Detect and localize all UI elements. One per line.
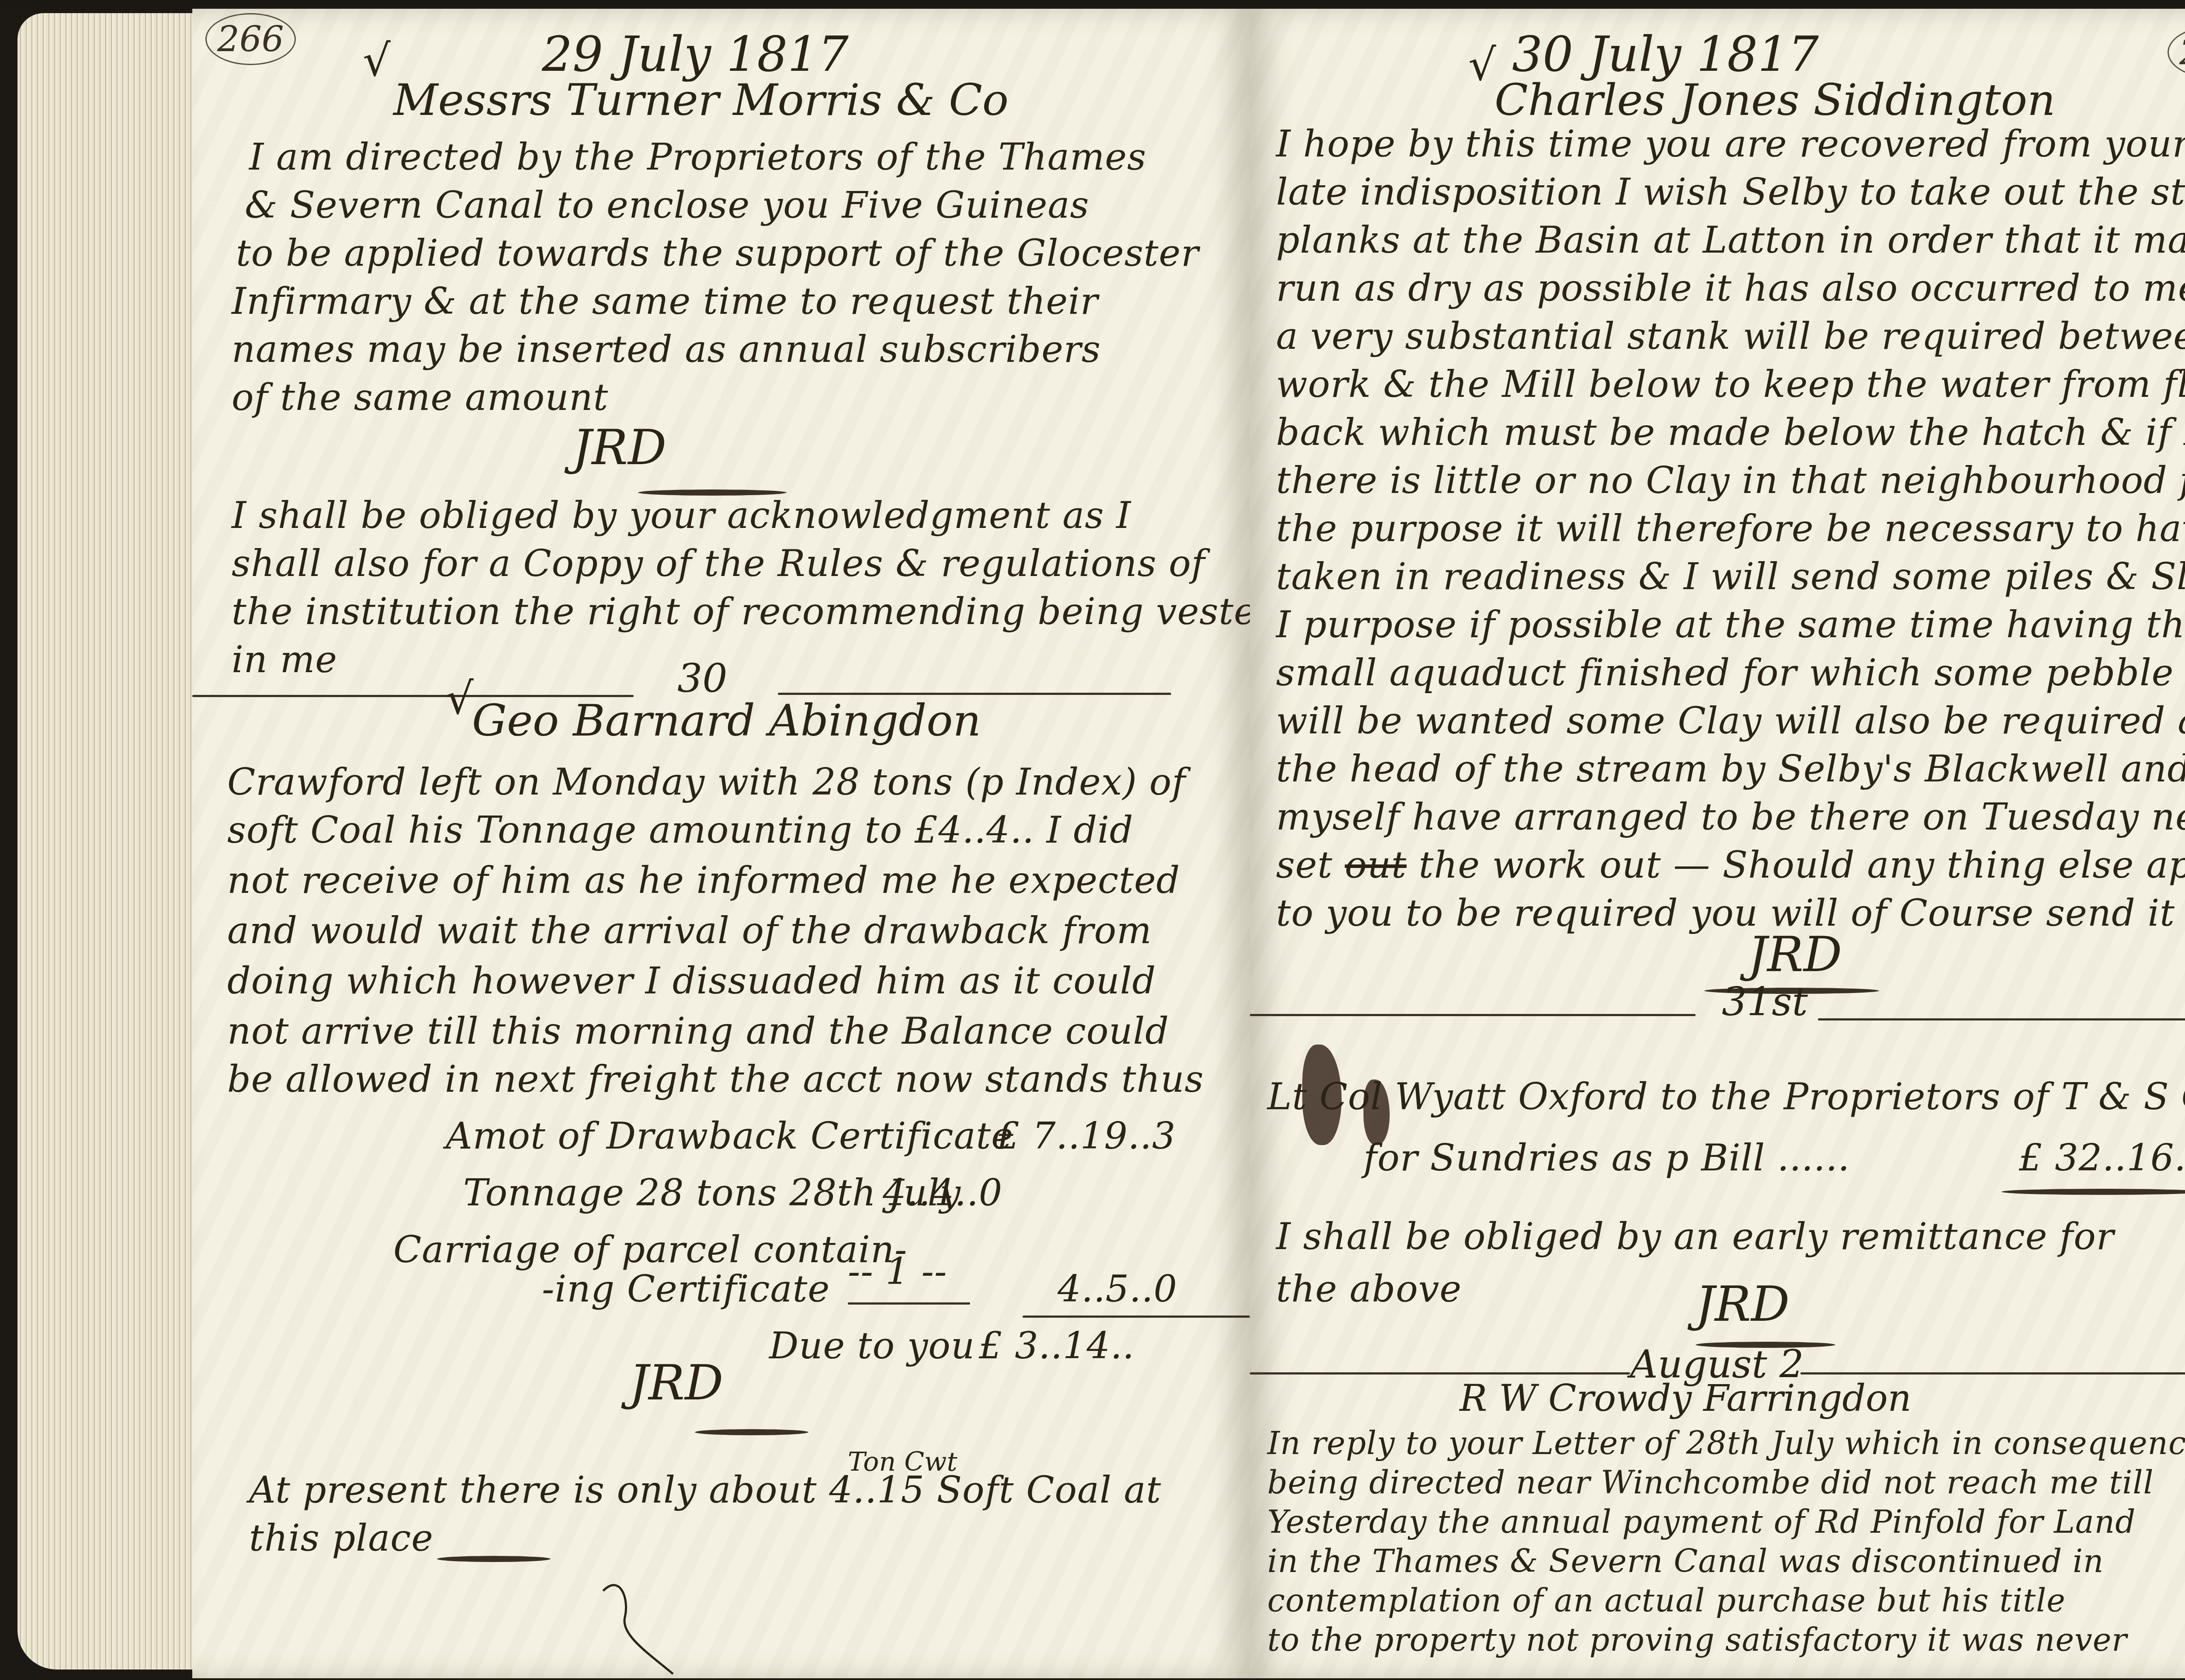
check-mark-icon: √ — [363, 35, 391, 86]
account-underline — [848, 1302, 970, 1305]
postscript-line: in me — [232, 638, 337, 681]
letter-line: to the property not proving satisfactory… — [1267, 1621, 2127, 1658]
signature: JRD — [629, 1355, 723, 1411]
account-label: -ing Certificate — [542, 1267, 830, 1310]
letter-line: to you to be required you will of Course… — [1276, 892, 2175, 934]
letter-line: I hope by this time you are recovered fr… — [1276, 122, 2185, 165]
entry-date: 30 July 1817 — [1512, 26, 1819, 82]
letter-line: work & the Mill below to keep the water … — [1276, 363, 2185, 406]
letter-line: of the same amount — [232, 376, 608, 419]
page-number: 266 — [205, 13, 296, 65]
account-total-rule — [1023, 1316, 1250, 1318]
letter-line: being directed near Winchcombe did not r… — [1267, 1464, 2154, 1501]
letter-line: doing which however I dissuaded him as i… — [227, 959, 1156, 1002]
line-prefix: set — [1276, 843, 1333, 886]
postscript-line: I shall be obliged by your acknowledgmen… — [232, 494, 1131, 537]
account-addressee-line: Lt Col Wyatt Oxford to the Proprietors o… — [1267, 1075, 2185, 1118]
letter-line: soft Coal his Tonnage amounting to £4..4… — [227, 809, 1134, 851]
account-value: -- 1 -- — [848, 1250, 947, 1293]
letter-line: planks at the Basin at Latton in order t… — [1276, 219, 2185, 261]
letter-line: & Severn Canal to enclose you Five Guine… — [245, 184, 1089, 226]
letter-line: small aquaduct finished for which some p… — [1276, 651, 2185, 694]
letter-line: contemplation of an actual purchase but … — [1267, 1582, 2066, 1619]
letter-line: not receive of him as he informed me he … — [227, 859, 1180, 902]
entry-addressee: Messrs Turner Morris & Co — [393, 74, 1009, 125]
letter-line: set out the work out — Should any thing … — [1276, 843, 2185, 886]
entry-divider — [1250, 1372, 1630, 1375]
account-value: 4..4..0 — [883, 1171, 1002, 1214]
signature: JRD — [572, 420, 666, 476]
account-label: Due to you — [769, 1324, 975, 1367]
letter-line: to be applied towards the support of the… — [236, 232, 1199, 274]
ink-flourish — [437, 1556, 551, 1562]
entry-date: 31st — [1722, 979, 1808, 1025]
letter-line: the head of the stream by Selby's Blackw… — [1276, 747, 2185, 790]
postscript-line: shall also for a Coppy of the Rules & re… — [232, 542, 1205, 585]
postscript-line: this place — [249, 1517, 434, 1559]
letter-line: Yesterday the annual payment of Rd Pinfo… — [1267, 1503, 2136, 1540]
account-label: Amot of Drawback Certificate — [446, 1114, 1013, 1157]
letter-line: be allowed in next freight the acct now … — [227, 1058, 1204, 1100]
account-subtotal: 4..5..0 — [1058, 1267, 1177, 1310]
ink-squiggle — [586, 1573, 717, 1678]
letter-line: the purpose it will therefore be necessa… — [1276, 507, 2185, 550]
check-mark-icon: √ — [1468, 39, 1496, 90]
entry-addressee: R W Crowdy Farringdon — [1460, 1377, 1911, 1420]
letter-line: I purpose if possible at the same time h… — [1276, 603, 2185, 646]
line-rest: the work out — Should any thing else app… — [1419, 843, 2185, 886]
struck-word: out — [1345, 843, 1406, 886]
postscript-line: At present there is only about 4..15 Sof… — [249, 1468, 1162, 1511]
entry-addressee: Geo Barnard Abingdon — [472, 695, 981, 746]
letter-line: names may be inserted as annual subscrib… — [232, 328, 1101, 371]
letter-line: Crawford left on Monday with 28 tons (p … — [227, 760, 1186, 803]
letter-line: a very substantial stank will be require… — [1276, 315, 2185, 358]
entry-divider — [1800, 1372, 2185, 1375]
signature-flourish — [695, 1429, 808, 1435]
right-page: 267 √ 30 July 1817 Charles Jones Sidding… — [1250, 9, 2185, 1678]
letter-line: run as dry as possible it has also occur… — [1276, 267, 2185, 309]
letter-line: In reply to your Letter of 28th July whi… — [1267, 1425, 2185, 1461]
letter-line: Infirmary & at the same time to request … — [232, 280, 1098, 323]
entry-date: 29 July 1817 — [542, 26, 849, 82]
letter-line: back which must be made below the hatch … — [1276, 411, 2185, 454]
account-item: for Sundries as p Bill ...... — [1363, 1136, 1850, 1179]
letter-line: not arrive till this morning and the Bal… — [227, 1010, 1169, 1052]
entry-divider — [1818, 1018, 2185, 1020]
signature: JRD — [1748, 927, 1842, 982]
letter-line: there is little or no Clay in that neigh… — [1276, 459, 2185, 502]
letter-line: I shall be obliged by an early remittanc… — [1276, 1215, 2114, 1258]
account-label: Carriage of parcel contain- — [393, 1228, 907, 1271]
check-mark-icon: √ — [446, 673, 474, 724]
account-amount: £ 32..16..4 — [2019, 1136, 2185, 1179]
letter-line: late indisposition I wish Selby to take … — [1276, 170, 2185, 213]
letter-line: myself have arranged to be there on Tues… — [1276, 795, 2185, 838]
entry-addressee: Charles Jones Siddington — [1495, 74, 2055, 125]
letter-line: I am directed by the Proprietors of the … — [249, 135, 1146, 178]
amount-underline — [2001, 1189, 2185, 1195]
letter-line: the above — [1276, 1267, 1462, 1310]
open-ledger-book: 266 √ 29 July 1817 Messrs Turner Morris … — [0, 0, 2185, 1680]
letter-line: will be wanted some Clay will also be re… — [1276, 699, 2185, 742]
page-edges — [17, 13, 201, 1670]
left-page: 266 √ 29 July 1817 Messrs Turner Morris … — [192, 9, 1250, 1678]
account-value: £ 7..19..3 — [996, 1114, 1176, 1157]
letter-line: in the Thames & Severn Canal was discont… — [1267, 1543, 2104, 1579]
signature: JRD — [1696, 1276, 1790, 1332]
postscript-line: the institution the right of recommendin… — [232, 590, 1280, 633]
account-value: £ 3..14.. — [979, 1324, 1134, 1367]
letter-line: taken in readiness & I will send some pi… — [1276, 555, 2185, 598]
entry-divider — [1250, 1014, 1696, 1016]
page-number: 267 — [2168, 26, 2185, 78]
letter-line: and would wait the arrival of the drawba… — [227, 909, 1152, 952]
